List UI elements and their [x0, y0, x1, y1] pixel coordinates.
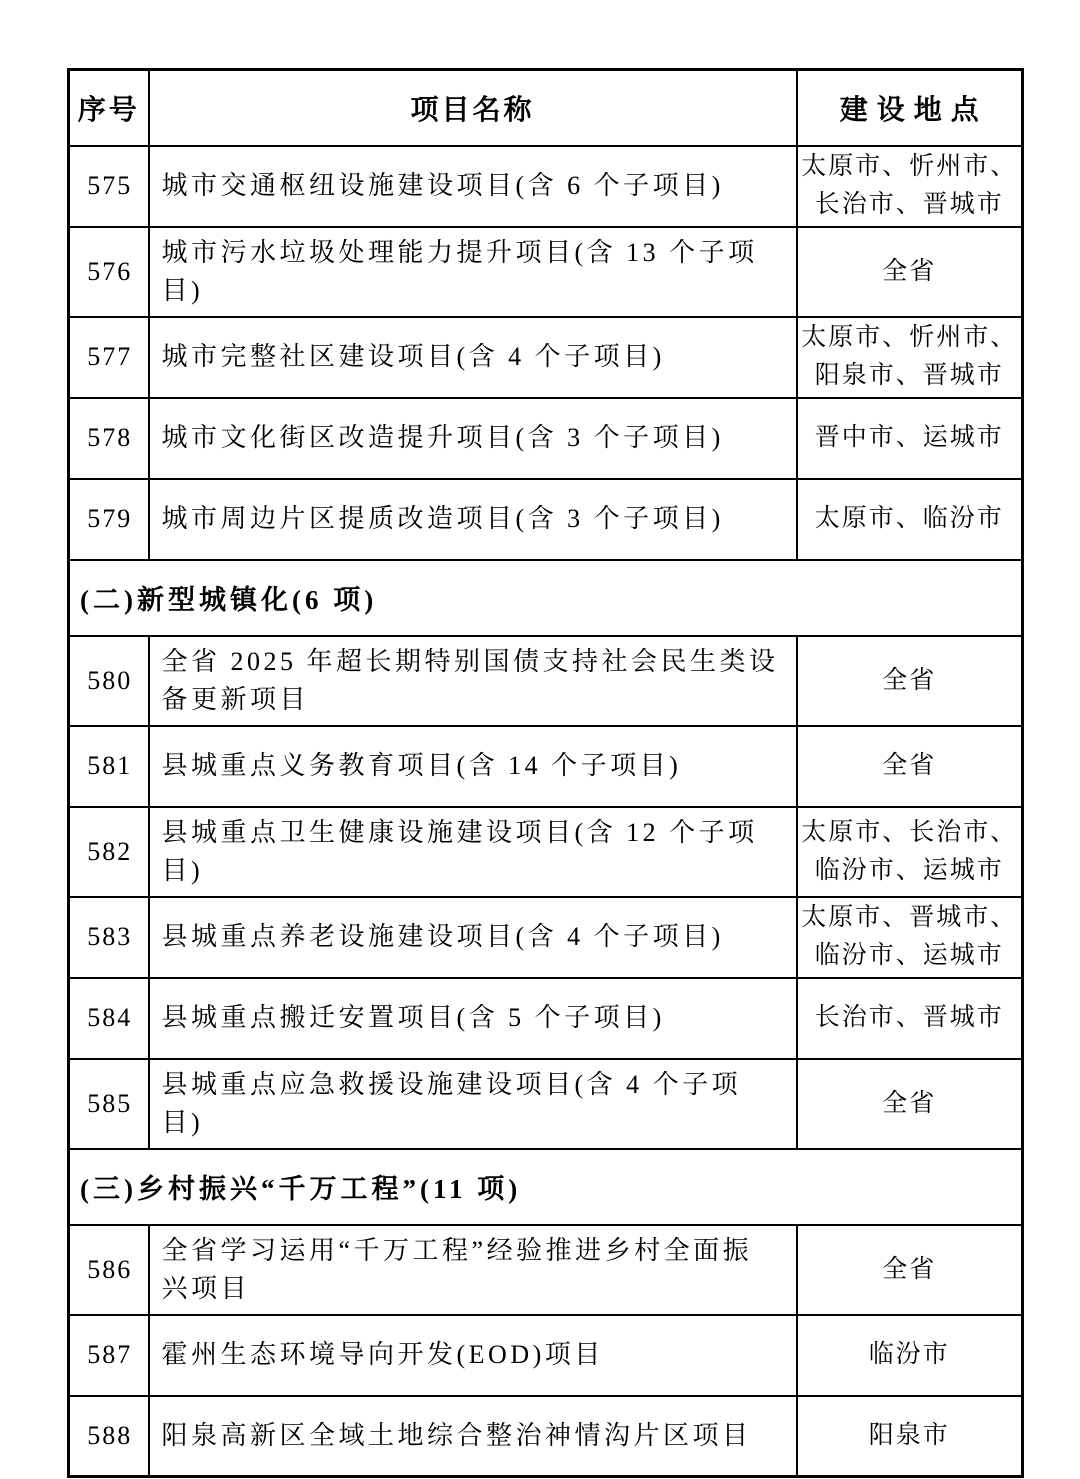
location-cell: 太原市、长治市、 临汾市、运城市 — [797, 807, 1023, 897]
project-name-cell: 霍州生态环境导向开发(EOD)项目 — [149, 1315, 797, 1396]
serial-cell: 585 — [69, 1059, 149, 1149]
project-name-cell: 县城重点义务教育项目(含 14 个子项目) — [149, 726, 797, 807]
section-title: (三)乡村振兴“千万工程”(11 项) — [69, 1149, 1023, 1225]
project-name-cell: 城市交通枢纽设施建设项目(含 6 个子项目) — [149, 146, 797, 227]
table-row: 587 霍州生态环境导向开发(EOD)项目 临汾市 — [69, 1315, 1023, 1396]
table-header-row: 序号 项目名称 建设地点 — [69, 70, 1023, 146]
table-row: 581 县城重点义务教育项目(含 14 个子项目) 全省 — [69, 726, 1023, 807]
table-row: 580 全省 2025 年超长期特别国债支持社会民生类设 备更新项目 全省 — [69, 636, 1023, 726]
serial-cell: 583 — [69, 897, 149, 978]
location-cell: 临汾市 — [797, 1315, 1023, 1396]
table-row: 575 城市交通枢纽设施建设项目(含 6 个子项目) 太原市、忻州市、 长治市、… — [69, 146, 1023, 227]
table-row: 578 城市文化街区改造提升项目(含 3 个子项目) 晋中市、运城市 — [69, 398, 1023, 479]
table-row: 576 城市污水垃圾处理能力提升项目(含 13 个子项 目) 全省 — [69, 227, 1023, 317]
location-cell: 晋中市、运城市 — [797, 398, 1023, 479]
section-header-row: (二)新型城镇化(6 项) — [69, 560, 1023, 636]
serial-cell: 587 — [69, 1315, 149, 1396]
table-row: 582 县城重点卫生健康设施建设项目(含 12 个子项 目) 太原市、长治市、 … — [69, 807, 1023, 897]
table-row: 583 县城重点养老设施建设项目(含 4 个子项目) 太原市、晋城市、 临汾市、… — [69, 897, 1023, 978]
serial-cell: 584 — [69, 978, 149, 1059]
serial-cell: 588 — [69, 1396, 149, 1477]
project-name-cell: 县城重点应急救援设施建设项目(含 4 个子项 目) — [149, 1059, 797, 1149]
location-cell: 太原市、晋城市、 临汾市、运城市 — [797, 897, 1023, 978]
serial-cell: 580 — [69, 636, 149, 726]
table-row: 585 县城重点应急救援设施建设项目(含 4 个子项 目) 全省 — [69, 1059, 1023, 1149]
location-cell: 全省 — [797, 1225, 1023, 1315]
table-row: 577 城市完整社区建设项目(含 4 个子项目) 太原市、忻州市、 阳泉市、晋城… — [69, 317, 1023, 398]
serial-cell: 575 — [69, 146, 149, 227]
project-name-cell: 城市完整社区建设项目(含 4 个子项目) — [149, 317, 797, 398]
serial-cell: 586 — [69, 1225, 149, 1315]
location-cell: 太原市、忻州市、 阳泉市、晋城市 — [797, 317, 1023, 398]
table-row: 588 阳泉高新区全域土地综合整治神情沟片区项目 阳泉市 — [69, 1396, 1023, 1477]
location-cell: 太原市、忻州市、 长治市、晋城市 — [797, 146, 1023, 227]
project-name-cell: 全省学习运用“千万工程”经验推进乡村全面振 兴项目 — [149, 1225, 797, 1315]
header-serial-number: 序号 — [69, 70, 149, 146]
section-header-row: (三)乡村振兴“千万工程”(11 项) — [69, 1149, 1023, 1225]
location-cell: 全省 — [797, 227, 1023, 317]
project-name-cell: 县城重点养老设施建设项目(含 4 个子项目) — [149, 897, 797, 978]
header-location: 建设地点 — [797, 70, 1023, 146]
serial-cell: 578 — [69, 398, 149, 479]
serial-cell: 582 — [69, 807, 149, 897]
location-cell: 全省 — [797, 1059, 1023, 1149]
serial-cell: 577 — [69, 317, 149, 398]
location-cell: 太原市、临汾市 — [797, 479, 1023, 560]
projects-table: 序号 项目名称 建设地点 575 城市交通枢纽设施建设项目(含 6 个子项目) … — [67, 68, 1024, 1478]
location-cell: 长治市、晋城市 — [797, 978, 1023, 1059]
serial-cell: 581 — [69, 726, 149, 807]
location-cell: 阳泉市 — [797, 1396, 1023, 1477]
project-name-cell: 城市文化街区改造提升项目(含 3 个子项目) — [149, 398, 797, 479]
serial-cell: 579 — [69, 479, 149, 560]
table-row: 586 全省学习运用“千万工程”经验推进乡村全面振 兴项目 全省 — [69, 1225, 1023, 1315]
project-name-cell: 城市周边片区提质改造项目(含 3 个子项目) — [149, 479, 797, 560]
header-project-name: 项目名称 — [149, 70, 797, 146]
project-name-cell: 县城重点卫生健康设施建设项目(含 12 个子项 目) — [149, 807, 797, 897]
table-row: 584 县城重点搬迁安置项目(含 5 个子项目) 长治市、晋城市 — [69, 978, 1023, 1059]
location-cell: 全省 — [797, 726, 1023, 807]
table-row: 579 城市周边片区提质改造项目(含 3 个子项目) 太原市、临汾市 — [69, 479, 1023, 560]
project-name-cell: 全省 2025 年超长期特别国债支持社会民生类设 备更新项目 — [149, 636, 797, 726]
project-name-cell: 阳泉高新区全域土地综合整治神情沟片区项目 — [149, 1396, 797, 1477]
section-title: (二)新型城镇化(6 项) — [69, 560, 1023, 636]
document-page: 序号 项目名称 建设地点 575 城市交通枢纽设施建设项目(含 6 个子项目) … — [0, 0, 1080, 1479]
project-name-cell: 城市污水垃圾处理能力提升项目(含 13 个子项 目) — [149, 227, 797, 317]
location-cell: 全省 — [797, 636, 1023, 726]
project-name-cell: 县城重点搬迁安置项目(含 5 个子项目) — [149, 978, 797, 1059]
serial-cell: 576 — [69, 227, 149, 317]
